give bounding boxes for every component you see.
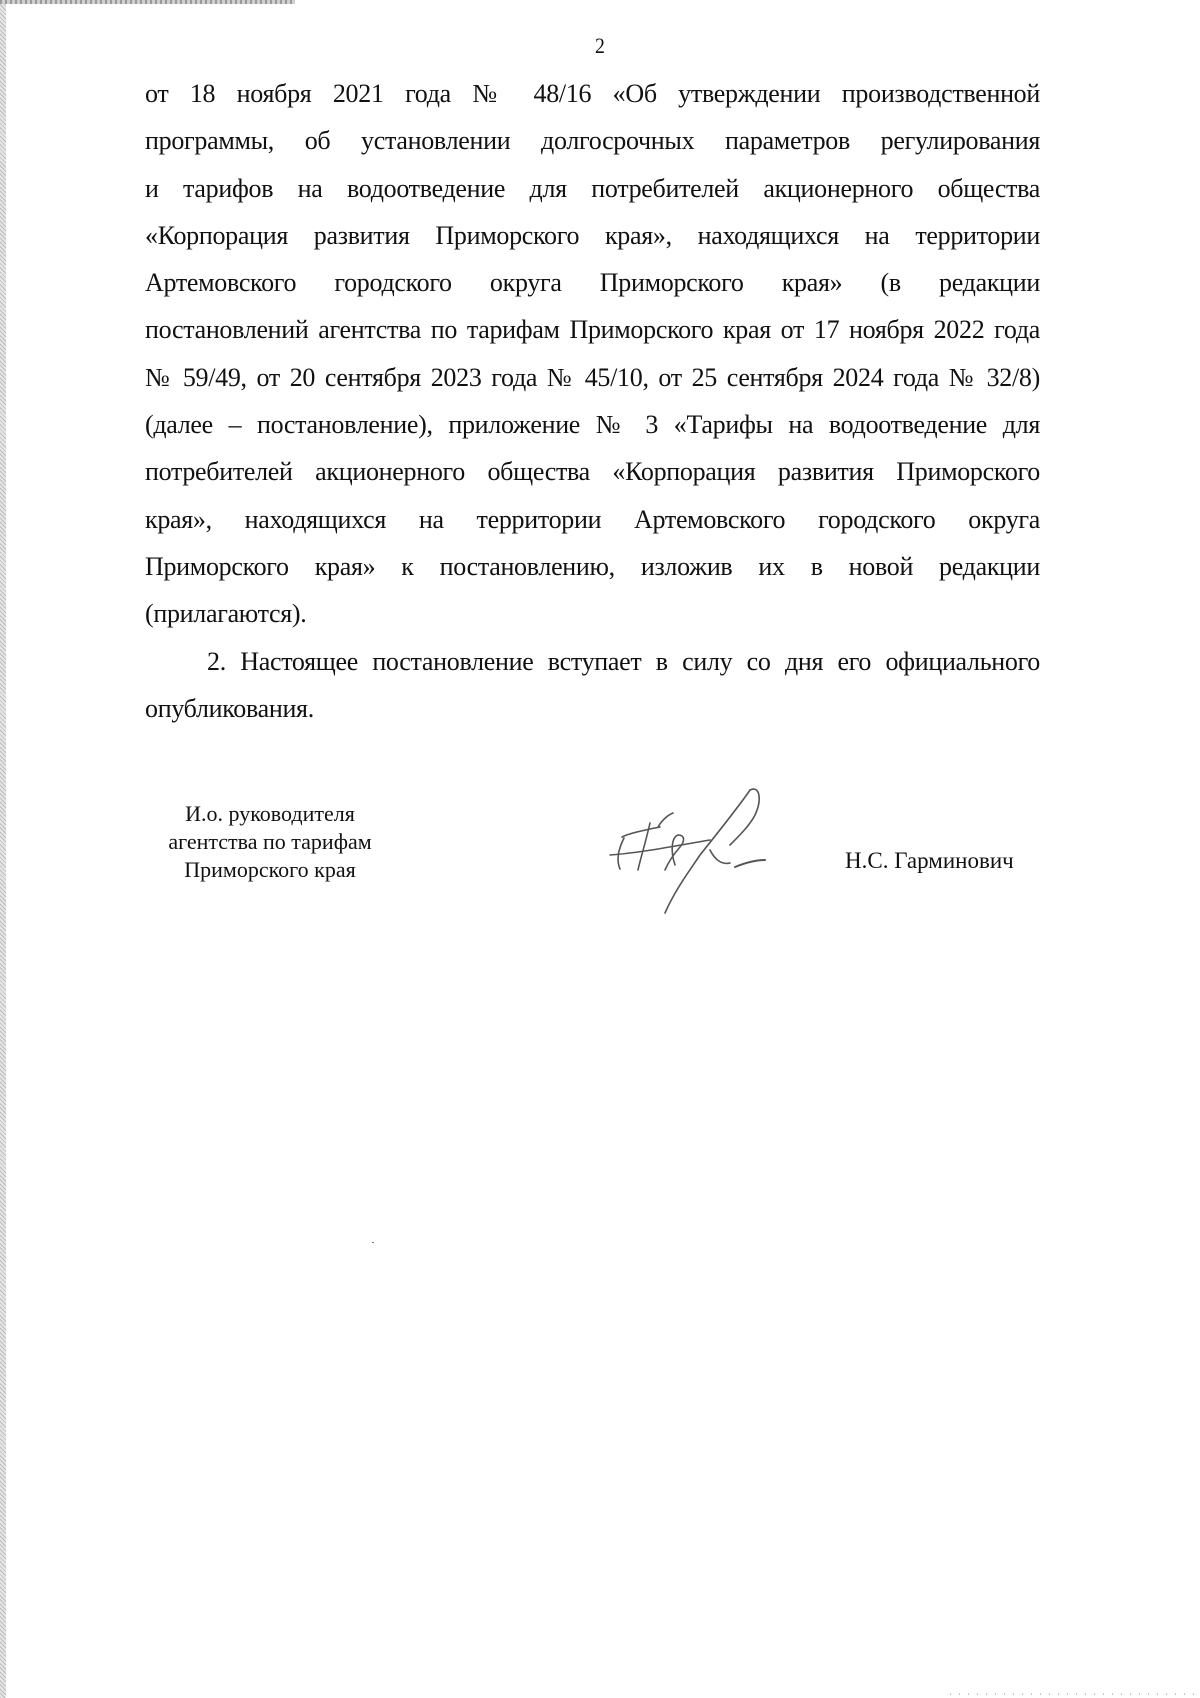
signer-position: И.о. руководителя агентства по тарифам П…: [140, 800, 400, 884]
paragraph-1-line: потребителей акционерного общества «Корп…: [145, 448, 1040, 495]
paragraph-1-line: (прилагаются).: [145, 590, 1040, 637]
signer-name: Н.С. Гарминович: [845, 848, 1014, 874]
scan-artifact: [950, 1693, 1200, 1695]
scan-edge-top: [0, 0, 295, 4]
paragraph-1-line: постановлений агентства по тарифам Примо…: [145, 306, 1040, 353]
scan-artifact: [372, 1242, 374, 1243]
paragraph-2-line: опубликования.: [145, 685, 1040, 732]
paragraph-2-line: 2. Настоящее постановление вступает в си…: [145, 638, 1040, 685]
paragraph-1-line: программы, об установлении долгосрочных …: [145, 117, 1040, 164]
paragraph-1-line: от 18 ноября 2021 года № 48/16 «Об утвер…: [145, 70, 1040, 117]
paragraph-1-line: и тарифов на водоотведение для потребите…: [145, 165, 1040, 212]
paragraph-1-line: Приморского края» к постановлению, излож…: [145, 543, 1040, 590]
document-body: от 18 ноября 2021 года № 48/16 «Об утвер…: [145, 70, 1040, 732]
paragraph-1-line: № 59/49, от 20 сентября 2023 года № 45/1…: [145, 354, 1040, 401]
signer-position-line: агентства по тарифам: [140, 828, 400, 856]
signer-position-line: И.о. руководителя: [140, 800, 400, 828]
signer-position-line: Приморского края: [140, 856, 400, 884]
page-number: 2: [60, 33, 1140, 59]
paragraph-1-line: «Корпорация развития Приморского края», …: [145, 212, 1040, 259]
paragraph-1-line: (далее – постановление), приложение № 3 …: [145, 401, 1040, 448]
scan-edge-left: [0, 0, 6, 1698]
paragraph-1-line: края», находящихся на территории Артемов…: [145, 496, 1040, 543]
handwritten-signature-icon: [590, 775, 770, 925]
paragraph-1-line: Артемовского городского округа Приморско…: [145, 259, 1040, 306]
